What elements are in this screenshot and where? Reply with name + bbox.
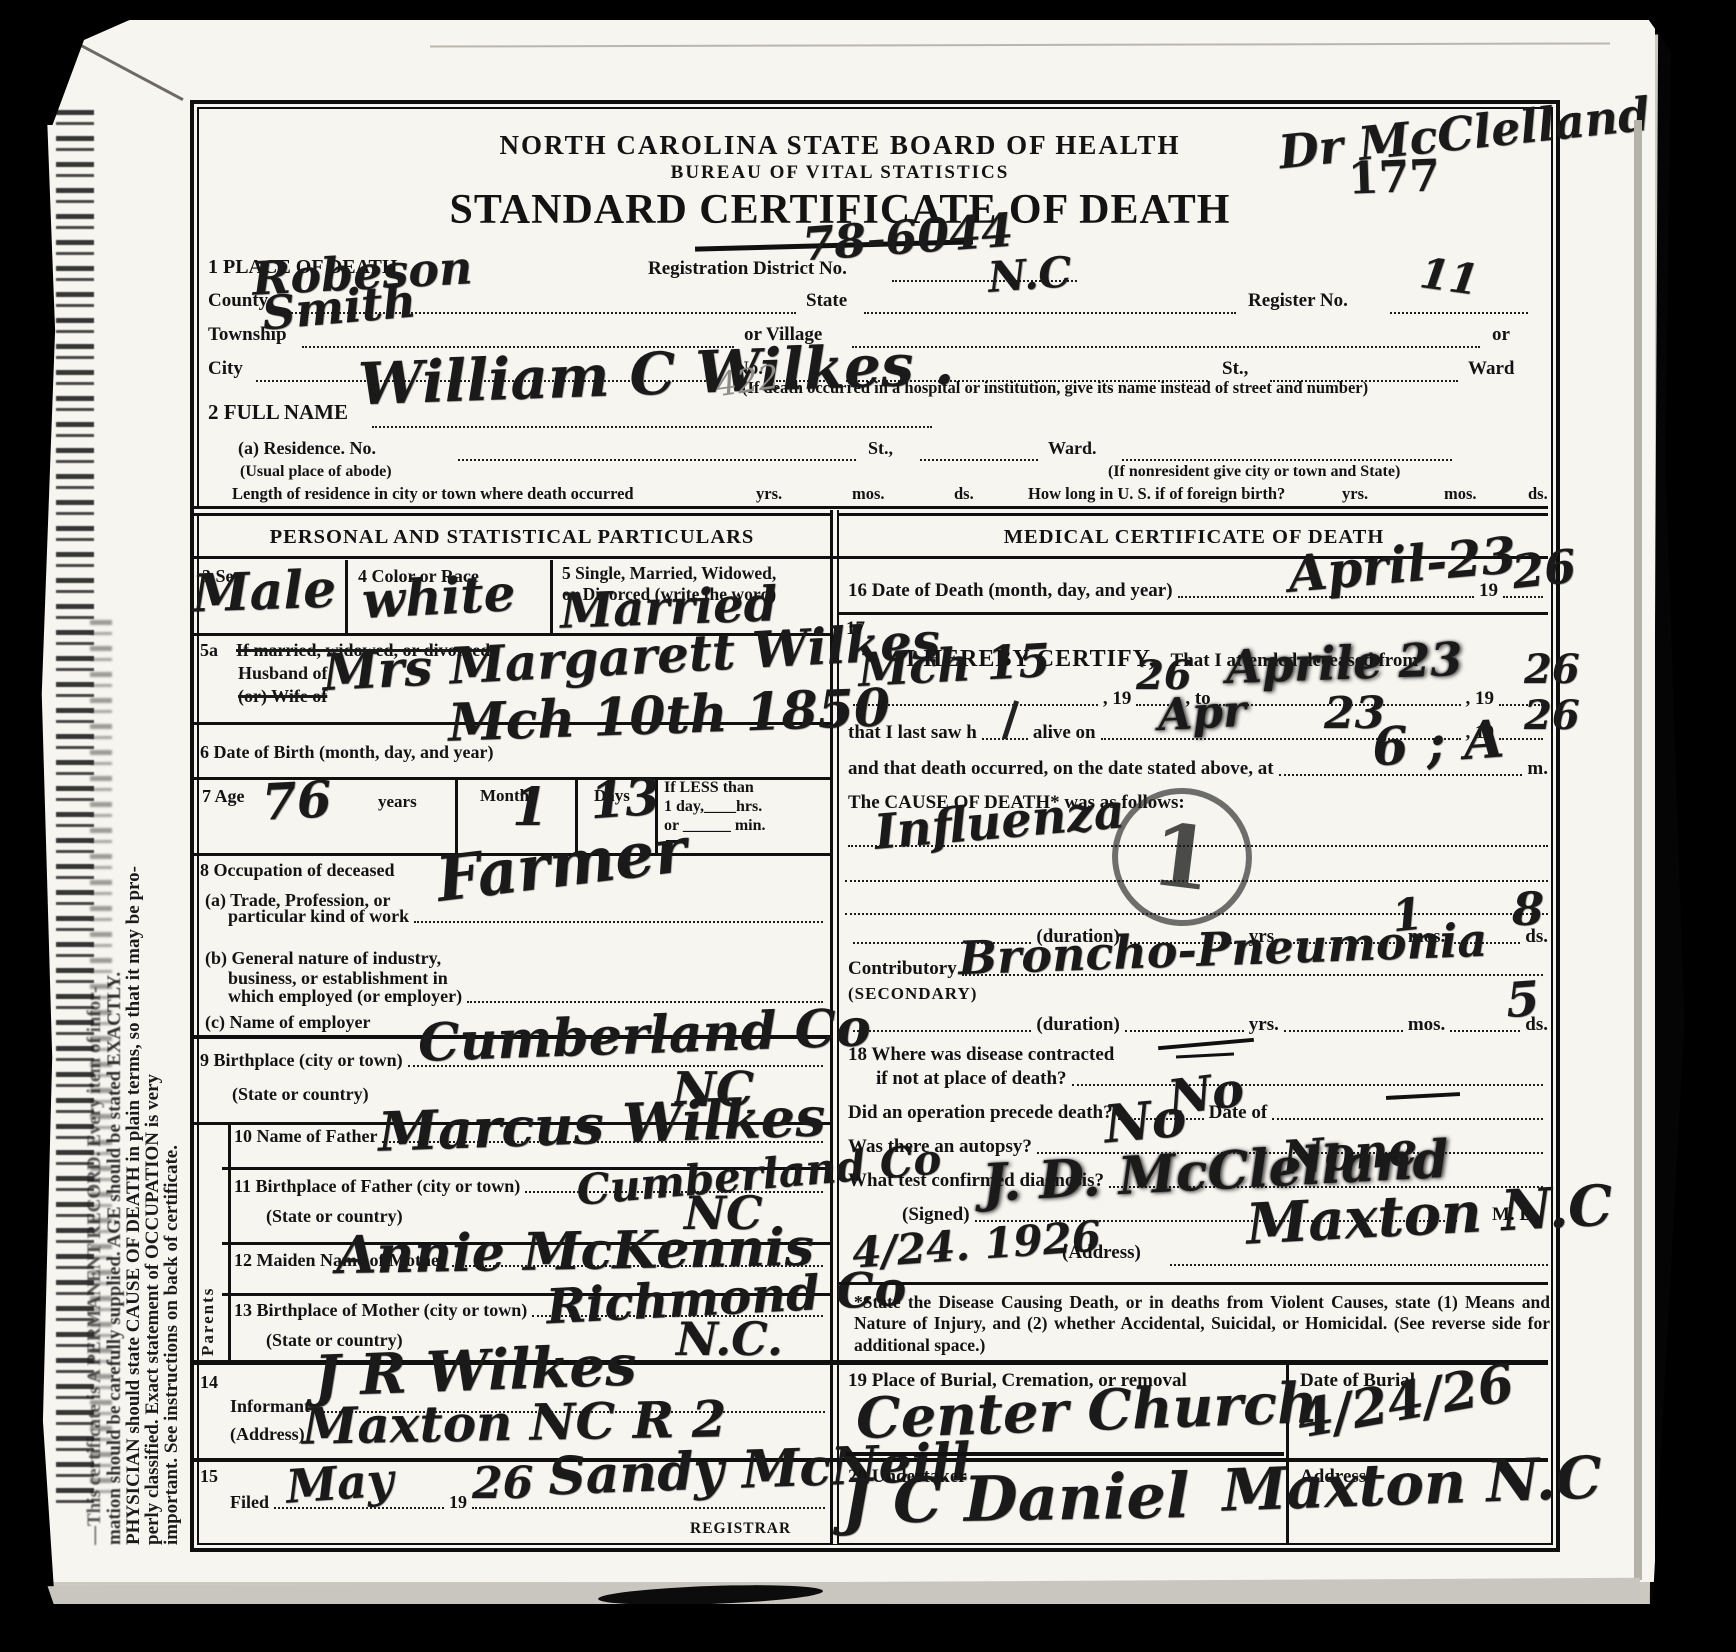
occupation-a-line2-text: particular kind of work — [228, 906, 409, 927]
residence-label: (a) Residence. No. — [238, 438, 376, 459]
death-occurred-label: and that death occurred, on the date sta… — [848, 758, 1274, 780]
occupation-b-line3-text: which employed (or employer) — [228, 986, 462, 1007]
pencil-number: 422 — [714, 362, 781, 401]
duration-label: (duration) — [1036, 1014, 1119, 1036]
state-label: State — [806, 290, 847, 312]
sheet-edge-line — [1634, 120, 1642, 1580]
informant-label: Informant — [230, 1396, 310, 1417]
dob-value: Mch 10th 1850 — [447, 684, 891, 747]
dotted-line — [372, 426, 932, 428]
grid-line — [345, 560, 348, 633]
operation-label: Did an operation precede death? — [848, 1102, 1113, 1124]
wife-of-struck-label: (or) Wife of — [238, 686, 327, 707]
disease-contracted-label-line2: if not at place of death? — [876, 1068, 1067, 1090]
residence-ward-label: Ward. — [1048, 438, 1097, 459]
duration-row-2: (duration) yrs. mos. ds. — [848, 1014, 1548, 1036]
father-name-value: Marcus Wilkes — [377, 1092, 826, 1157]
grid-line — [228, 1125, 231, 1360]
last-saw-year-value: 26 — [1524, 698, 1580, 735]
last-saw-label: that I last saw h — [848, 722, 977, 744]
attended-to-value: Aprile 23 — [1225, 638, 1463, 689]
mos-label: mos. — [1444, 484, 1477, 504]
disease-contracted-label-line1: 18 Where was disease contracted — [848, 1044, 1114, 1066]
color-race-value: white — [361, 570, 516, 624]
scanned-death-certificate: —This certificate is A PERMANENT RECORD.… — [0, 0, 1736, 1652]
item-5a-label: 5a — [200, 640, 218, 661]
parents-vertical-label: Parents — [198, 1128, 218, 1356]
dotted-line — [1272, 1118, 1543, 1120]
register-no-value: 11 — [1418, 254, 1481, 300]
ds-label: ds. — [954, 484, 974, 504]
state-country-label: (State or country) — [232, 1084, 369, 1105]
mother-birthplace-label: 13 Birthplace of Mother (city or town) — [234, 1300, 527, 1321]
grid-line — [550, 560, 553, 633]
father-birthplace-label: 11 Birthplace of Father (city or town) — [234, 1176, 520, 1197]
filed-19-printed: 19 — [449, 1492, 467, 1513]
attended-from-value: Mch 15 — [857, 639, 1051, 691]
occupation-b-line1: (b) General nature of industry, — [205, 948, 441, 969]
undertaker-value: J C Daniel — [842, 1467, 1190, 1530]
dotted-line — [1170, 1264, 1548, 1266]
contributory-label: Contributory — [848, 958, 957, 980]
mos-label: mos. — [852, 484, 885, 504]
dotted-line — [1125, 1030, 1244, 1032]
length-residence-label: Length of residence in city or town wher… — [232, 484, 634, 504]
district-value: 78-6044 — [801, 209, 1015, 266]
occupation-a-line2: particular kind of work — [228, 906, 828, 927]
signature-address-label: (Address) — [1062, 1242, 1141, 1264]
occupation-label: 8 Occupation of deceased — [200, 860, 394, 881]
register-no-label: Register No. — [1248, 290, 1348, 312]
last-saw-month-value: Apr — [1157, 692, 1247, 737]
cause-rank-number: 1 — [1146, 803, 1218, 911]
residence-st-label: St., — [868, 438, 893, 459]
full-name-value: William C Wilkes . — [357, 338, 955, 412]
grid-line — [838, 612, 1548, 615]
filed-month-value: May — [285, 1458, 395, 1508]
ifless-label-line1: If LESS than — [664, 779, 754, 797]
duration2-days-value: 5 — [1505, 977, 1541, 1023]
attended-to-year-value: 26 — [1524, 652, 1580, 689]
scan-edge-bottom — [0, 1604, 1736, 1652]
double-rule — [194, 506, 1548, 516]
dotted-line — [1390, 312, 1528, 314]
mos-label: mos. — [1408, 1014, 1445, 1036]
yrs-label: yrs. — [756, 484, 782, 504]
dotted-line — [853, 1030, 1031, 1032]
printed-comma-19: , 19 — [1103, 688, 1132, 710]
item-17-label: 17 — [846, 618, 865, 640]
header-board: NORTH CAROLINA STATE BOARD OF HEALTH — [340, 130, 1340, 161]
yrs-label: yrs. — [1249, 1014, 1279, 1036]
informant-address-label: (Address) — [230, 1424, 305, 1445]
nonresident-note: (If nonresident give city or town and St… — [1108, 463, 1400, 481]
filed-label: Filed — [230, 1492, 269, 1513]
printed-comma-19: , 19 — [1466, 688, 1495, 710]
dotted-line — [845, 880, 1548, 882]
ward-label: Ward — [1468, 358, 1514, 380]
age-value: 76 — [261, 776, 333, 826]
dotted-line — [414, 921, 823, 923]
months-value: 1 — [512, 784, 548, 832]
signature-address-value: Maxton N.C — [1245, 1180, 1614, 1251]
footnote-text: *State the Disease Causing Death, or in … — [854, 1292, 1550, 1356]
item-15-label: 15 — [200, 1466, 218, 1487]
alive-on-label: alive on — [1033, 722, 1096, 744]
scan-edge-top — [0, 0, 1736, 20]
husband-of-label: Husband of — [238, 663, 328, 684]
dotted-line — [1284, 1030, 1403, 1032]
full-name-label: 2 FULL NAME — [208, 400, 348, 425]
dotted-line — [1450, 1030, 1520, 1032]
printed-m: m. — [1527, 758, 1548, 780]
margin-instructions-line: —This certificate is A PERMANENT RECORD.… — [84, 135, 106, 1545]
sex-value: Male — [191, 566, 337, 619]
autopsy-value: No — [1102, 1095, 1188, 1150]
header-bureau: BUREAU OF VITAL STATISTICS — [340, 162, 1340, 184]
dotted-line — [864, 312, 1236, 314]
city-label: City — [208, 358, 243, 380]
scan-edge-right — [1650, 0, 1736, 1652]
secondary-label: (SECONDARY) — [848, 984, 977, 1004]
township-value: Smith — [260, 279, 417, 335]
abode-note: (Usual place of abode) — [240, 463, 392, 481]
dotted-line — [458, 459, 856, 461]
date-of-death-label: 16 Date of Death (month, day, and year) — [848, 580, 1173, 602]
date-of-death-year-value: 26 — [1510, 545, 1578, 594]
death-time-value: 6 ; A — [1370, 715, 1505, 772]
certificate-number-handwritten: 177 — [1347, 156, 1440, 200]
state-value: N.C — [987, 253, 1073, 297]
dotted-line — [920, 459, 1038, 461]
burial-place-value: Center Church — [855, 1378, 1318, 1446]
personal-section-title: PERSONAL AND STATISTICAL PARTICULARS — [192, 526, 832, 549]
howlong-label: How long in U. S. if of foreign birth? — [1028, 484, 1285, 504]
dotted-line — [853, 704, 1098, 706]
handwritten-underline — [846, 1452, 1284, 1456]
duration1-days-value: 8 — [1512, 888, 1544, 930]
age-label: 7 Age — [202, 786, 245, 807]
years-label: years — [378, 792, 417, 812]
dotted-line — [848, 845, 1548, 847]
filed-year-value: 26 — [472, 1464, 533, 1504]
registrar-label: REGISTRAR — [690, 1520, 791, 1538]
birthplace-label: 9 Birthplace (city or town) — [200, 1050, 403, 1071]
undertaker-address-value: Maxton N.C — [1221, 1451, 1603, 1518]
st-label: St., — [1222, 358, 1248, 380]
yrs-label: yrs. — [1342, 484, 1368, 504]
item-14-label: 14 — [200, 1372, 218, 1393]
mother-birthplace-state-value: N.C. — [676, 1318, 783, 1360]
father-name-label: 10 Name of Father — [234, 1126, 377, 1147]
dotted-line — [1072, 1084, 1543, 1086]
margin-instructions-line: important. See instructions on back of c… — [161, 135, 183, 1545]
occupation-c-label: (c) Name of employer — [205, 1012, 370, 1033]
ds-label: ds. — [1528, 484, 1548, 504]
grid-line — [838, 1282, 1548, 1285]
dotted-line — [1122, 459, 1452, 461]
birthplace-value: Cumberland Co — [417, 1004, 871, 1068]
or-label: or — [1492, 324, 1510, 346]
